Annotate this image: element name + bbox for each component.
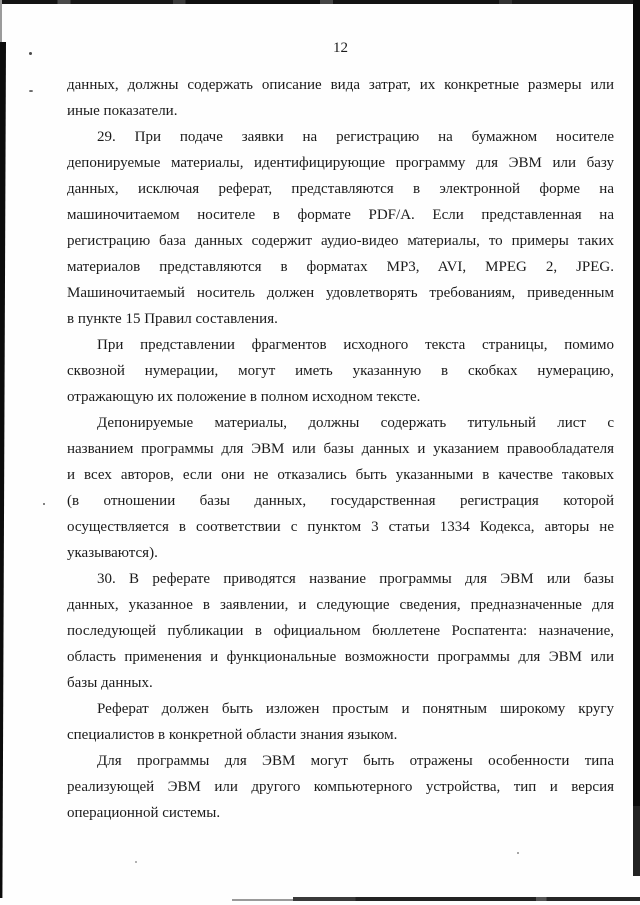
scan-right-edge-bar	[633, 0, 640, 876]
text-line: (в отношении базы данных, государственна…	[67, 488, 614, 514]
text-line: область применения и функциональные возм…	[67, 644, 614, 670]
paragraph: 29. При подаче заявки на регистрацию на …	[67, 124, 614, 332]
text-line: указываются).	[67, 540, 614, 566]
paragraph: Для программы для ЭВМ могут быть отражен…	[67, 748, 614, 826]
text-line: последующей публикации в официальном бюл…	[67, 618, 614, 644]
scan-speck	[517, 852, 519, 854]
page-number: 12	[67, 38, 614, 58]
scan-speck	[135, 861, 137, 863]
scanned-page: 12 данных, должны содержать описание вид…	[0, 0, 640, 905]
text-line: осуществляется в соответствии с пунктом …	[67, 514, 614, 540]
text-line: Депонируемые материалы, должны содержать…	[67, 410, 614, 436]
paragraph: Депонируемые материалы, должны содержать…	[67, 410, 614, 566]
scan-speck	[29, 52, 32, 55]
text-line: отражающую их положение в полном исходно…	[67, 384, 614, 410]
text-line: данных, указанное в заявлении, и следующ…	[67, 592, 614, 618]
text-line: реализующей ЭВМ или другого компьютерног…	[67, 774, 614, 800]
scan-left-edge-bar	[0, 42, 6, 898]
document-body: данных, должны содержать описание вида з…	[67, 72, 614, 826]
text-line: иные показатели.	[67, 98, 614, 124]
text-line: регистрацию база данных содержит аудио-в…	[67, 228, 614, 254]
text-line: депонируемые материалы, идентифицирующие…	[67, 150, 614, 176]
text-line: операционной системы.	[67, 800, 614, 826]
text-line: базы данных.	[67, 670, 614, 696]
paragraph: данных, должны содержать описание вида з…	[67, 72, 614, 124]
text-line: названием программы для ЭВМ или базы дан…	[67, 436, 614, 462]
text-line: данных, исключая реферат, представляются…	[67, 176, 614, 202]
text-line: Реферат должен быть изложен простым и по…	[67, 696, 614, 722]
paragraph: При представлении фрагментов исходного т…	[67, 332, 614, 410]
text-line: При представлении фрагментов исходного т…	[67, 332, 614, 358]
text-line: в пункте 15 Правил составления.	[67, 306, 614, 332]
text-line: сквозной нумерации, могут иметь указанну…	[67, 358, 614, 384]
text-line: 30. В реферате приводятся название прогр…	[67, 566, 614, 592]
text-line: специалистов в конкретной области знания…	[67, 722, 614, 748]
scan-left-edge-faint	[0, 0, 2, 42]
scan-top-edge-line	[0, 0, 640, 4]
text-line: материалов представляются в форматах MP3…	[67, 254, 614, 280]
scan-bottom-edge-faint	[232, 899, 293, 901]
paragraph: Реферат должен быть изложен простым и по…	[67, 696, 614, 748]
text-line: Для программы для ЭВМ могут быть отражен…	[67, 748, 614, 774]
text-line: 29. При подаче заявки на регистрацию на …	[67, 124, 614, 150]
text-line: и всех авторов, если они не отказались б…	[67, 462, 614, 488]
scan-speck	[29, 90, 33, 92]
text-line: машиночитаемом носителе в формате PDF/A.…	[67, 202, 614, 228]
paragraph: 30. В реферате приводятся название прогр…	[67, 566, 614, 696]
text-line: данных, должны содержать описание вида з…	[67, 72, 614, 98]
text-line: Машиночитаемый носитель должен удовлетво…	[67, 280, 614, 306]
scan-speck	[43, 503, 45, 505]
scan-bottom-edge-line	[293, 897, 640, 901]
